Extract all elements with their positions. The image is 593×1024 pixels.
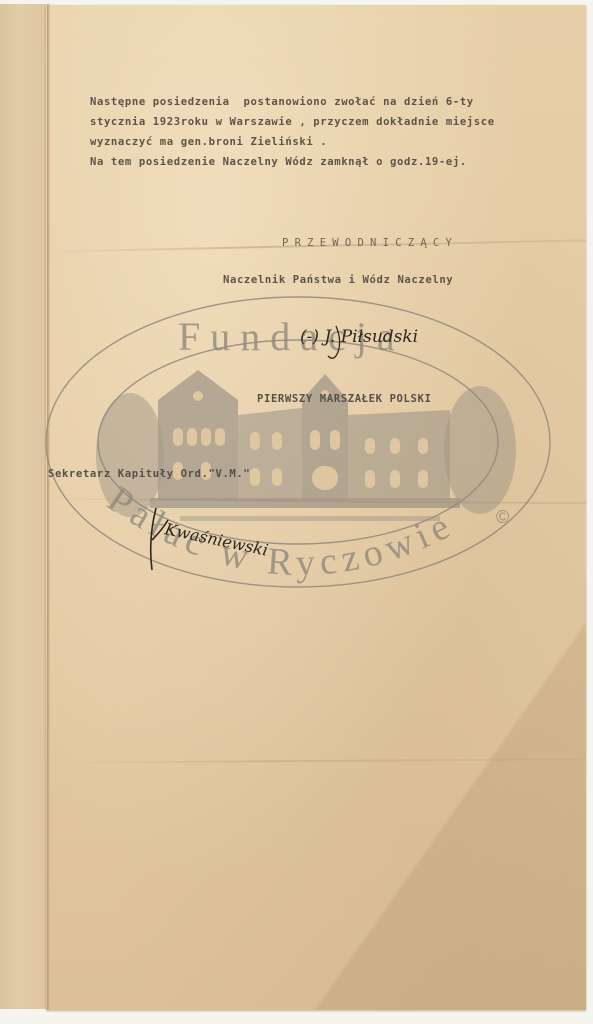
body-line: Następne posiedzenia postanowiono zwołać… xyxy=(90,92,495,112)
body-line: stycznia 1923roku w Warszawie , przyczem… xyxy=(90,112,495,132)
secretary-line: Sekretarz Kapituły Ord."V.M." xyxy=(48,464,250,484)
chief-of-state-title: Naczelnik Państwa i Wódz Naczelny xyxy=(223,270,453,290)
back-sheet xyxy=(0,4,50,1009)
fold-line xyxy=(47,5,50,1010)
marshal-title: PIERWSZY MARSZAŁEK POLSKI xyxy=(257,389,431,409)
minutes-body: Następne posiedzenia postanowiono zwołać… xyxy=(90,92,495,172)
body-line: wyznaczyć ma gen.broni Zieliński . xyxy=(90,132,495,152)
body-line: Na tem posiedzenie Naczelny Wódz zamknął… xyxy=(90,152,495,172)
chairman-title: PRZEWODNICZĄCY xyxy=(282,233,458,253)
